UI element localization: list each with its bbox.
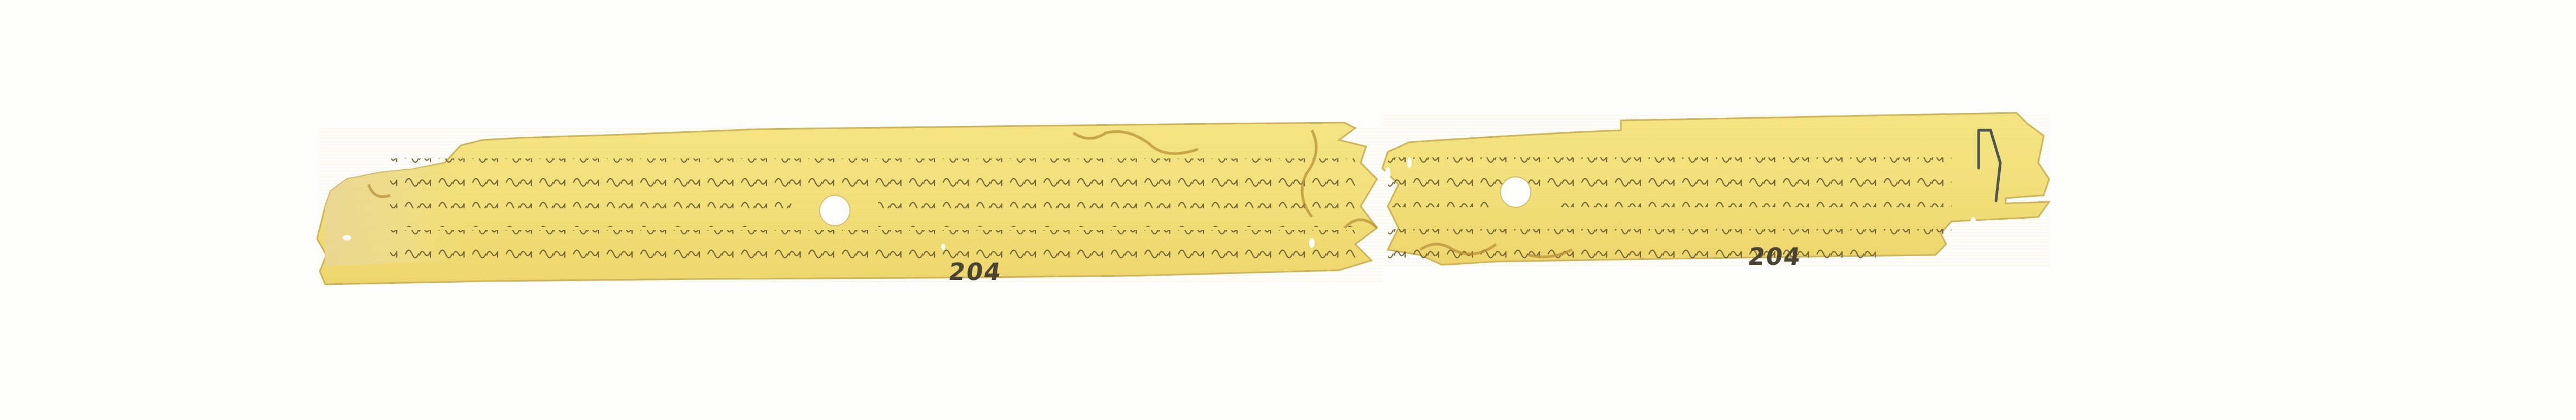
- manuscript-stage: 204 204: [0, 0, 2576, 420]
- binding-hole-left: [820, 195, 850, 226]
- folio-number-left: 204: [946, 258, 1003, 286]
- palm-leaf-image: [0, 0, 2576, 420]
- folio-number-right: 204: [1746, 243, 1803, 271]
- binding-hole-right: [1500, 177, 1531, 207]
